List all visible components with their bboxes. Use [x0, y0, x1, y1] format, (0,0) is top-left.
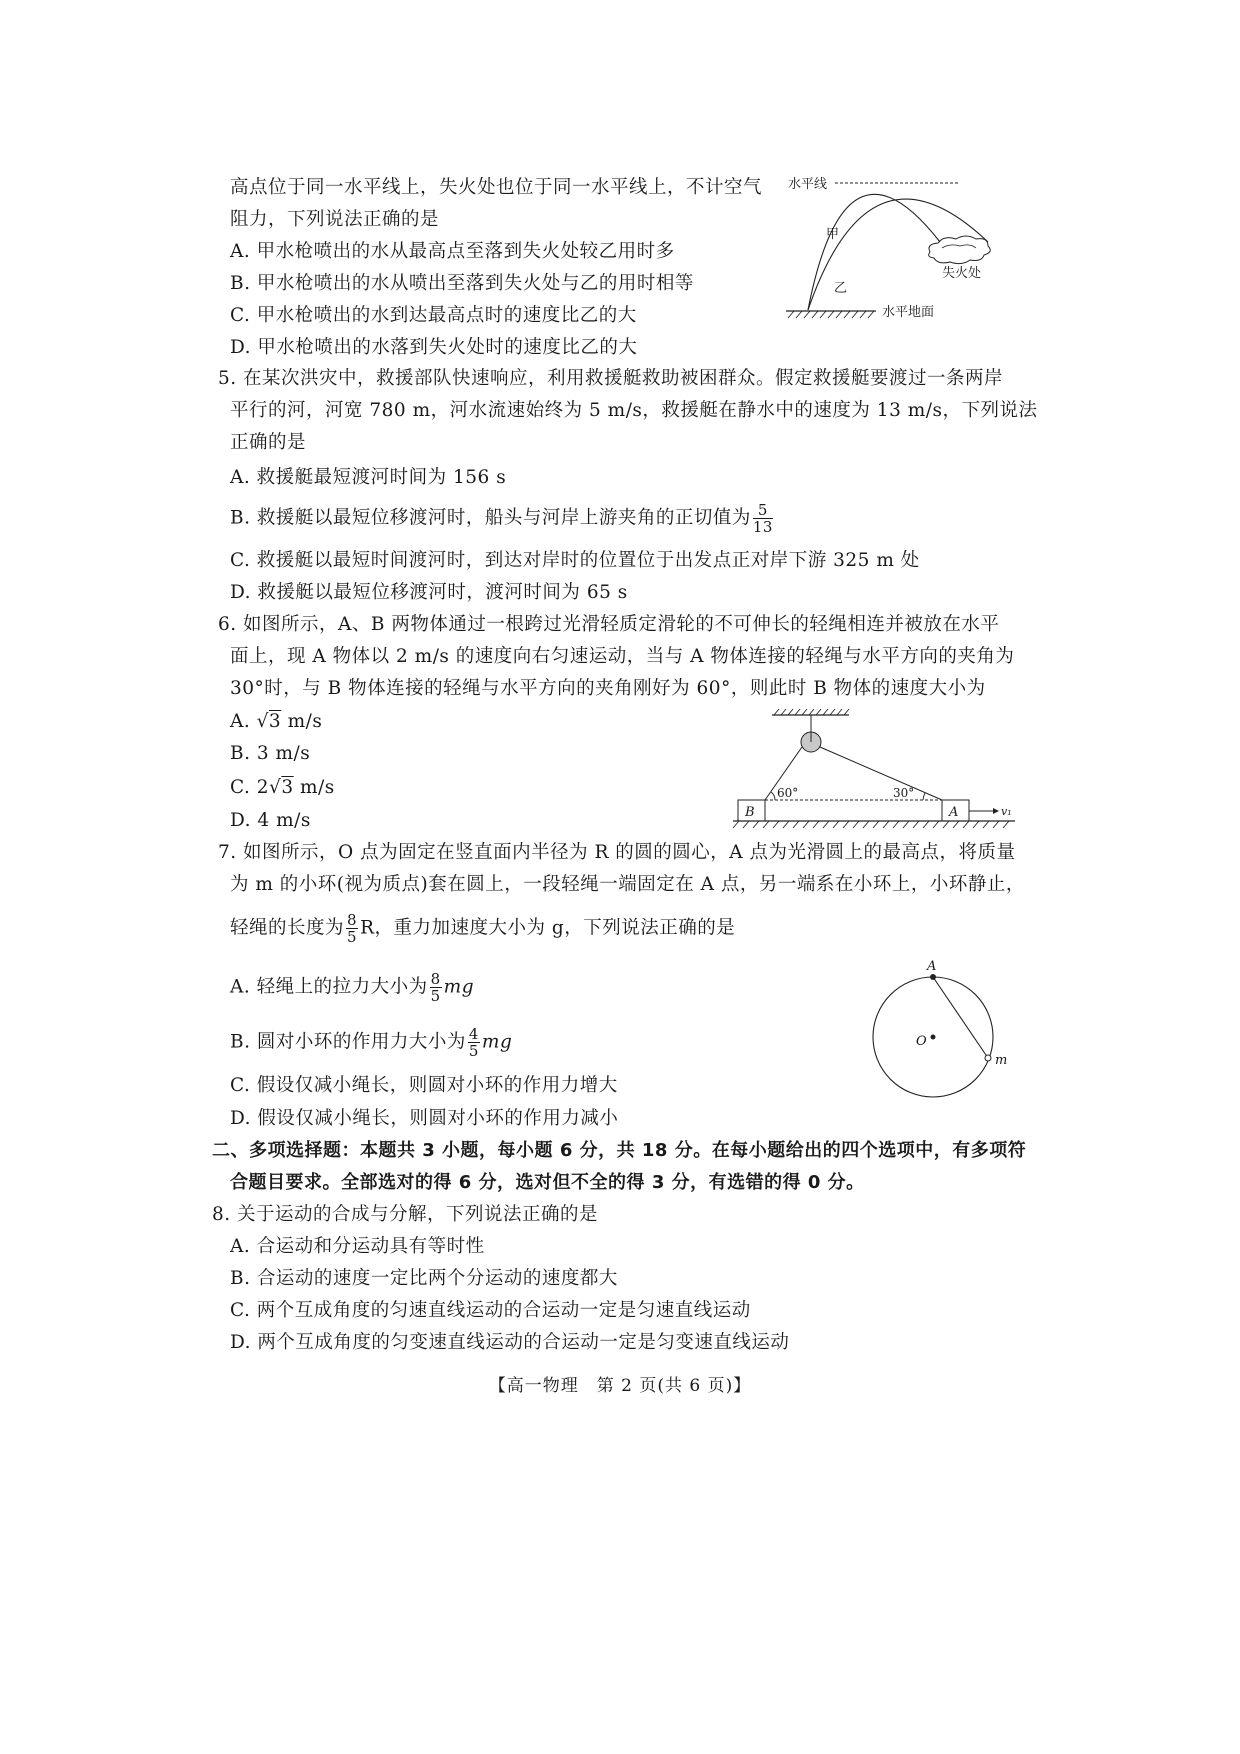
q5-stem-line1: 5. 在某次洪灾中，救援部队快速响应，利用救援艇救助被困群众。假定救援艇要渡过一…	[218, 366, 1003, 392]
q7-option-c: C. 假设仅减小绳长，则圆对小环的作用力增大	[230, 1073, 618, 1099]
q8-option-a: A. 合运动和分运动具有等时性	[230, 1234, 485, 1260]
option-label: C. 2	[230, 777, 269, 798]
q4-option-c: C. 甲水枪喷出的水到达最高点时的速度比乙的大	[230, 303, 637, 329]
q4-stem-line2: 阻力，下列说法正确的是	[230, 207, 439, 233]
fraction-8-5: 85	[346, 912, 358, 945]
q6-option-b: B. 3 m/s	[230, 741, 310, 767]
q6-option-a: A. √3 m/s	[230, 709, 322, 735]
option-unit: mg	[444, 977, 474, 998]
point-a-label: A	[926, 959, 936, 974]
exam-page: 高点位于同一水平线上，失火处也位于同一水平线上，不计空气 阻力，下列说法正确的是…	[0, 0, 1240, 1754]
yi-label: 乙	[834, 281, 847, 296]
q7-circle-figure: A O m	[860, 940, 1020, 1110]
q5-stem-line3: 正确的是	[230, 430, 306, 456]
q7-stem-line1: 7. 如图所示，O 点为固定在竖直面内半径为 R 的圆的圆心，A 点为光滑圆上的…	[218, 840, 1016, 866]
q7-option-d: D. 假设仅减小绳长，则圆对小环的作用力减小	[230, 1106, 618, 1132]
point-o-icon	[931, 1035, 936, 1040]
jia-label: 甲	[826, 227, 839, 242]
block-b-label: B	[744, 805, 755, 820]
q6-stem-line1: 6. 如图所示，A、B 两物体通过一根跨过光滑轻质定滑轮的不可伸长的轻绳相连并被…	[218, 612, 999, 638]
stem-text: R，重力加速度大小为 g，下列说法正确的是	[360, 918, 735, 939]
numerator: 5	[753, 502, 773, 519]
fraction-4-5: 45	[468, 1026, 480, 1059]
q5-option-a: A. 救援艇最短渡河时间为 156 s	[230, 465, 506, 491]
q6-stem-line2: 面上，现 A 物体以 2 m/s 的速度向右匀速运动，当与 A 物体连接的轻绳与…	[230, 644, 1014, 670]
q8-option-b: B. 合运动的速度一定比两个分运动的速度都大	[230, 1266, 618, 1292]
point-m-label: m	[995, 1053, 1007, 1068]
q6-option-c: C. 2√3 m/s	[230, 775, 335, 801]
fire-label: 失火处	[942, 265, 981, 281]
denominator: 5	[430, 988, 442, 1004]
q5-stem-line2: 平行的河，河宽 780 m，河水流速始终为 5 m/s，救援艇在静水中的速度为 …	[230, 398, 1038, 424]
q4-water-jet-figure: 水平线 甲 乙 失火处 水平地面	[770, 170, 1010, 330]
option-unit: mg	[482, 1032, 512, 1053]
point-a-icon	[930, 974, 936, 980]
angle-60-label: 60°	[777, 786, 798, 800]
q5-option-b: B. 救援艇以最短位移渡河时，船头与河岸上游夹角的正切值为513	[230, 502, 775, 535]
unit: m/s	[294, 777, 335, 798]
denominator: 5	[346, 929, 358, 945]
q8-option-c: C. 两个互成角度的匀速直线运动的合运动一定是匀速直线运动	[230, 1298, 751, 1324]
denominator: 5	[468, 1043, 480, 1059]
block-a-label: A	[948, 805, 958, 820]
q4-option-d: D. 甲水枪喷出的水落到失火处时的速度比乙的大	[230, 335, 637, 361]
q6-stem-line3: 30°时，与 B 物体连接的轻绳与水平方向的夹角刚好为 60°，则此时 B 物体…	[230, 676, 986, 702]
option-text: A. 轻绳上的拉力大小为	[230, 977, 428, 998]
option-text: B. 圆对小环的作用力大小为	[230, 1032, 466, 1053]
q5-option-b-text: B. 救援艇以最短位移渡河时，船头与河岸上游夹角的正切值为	[230, 508, 751, 529]
q7-stem-line3: 轻绳的长度为85R，重力加速度大小为 g，下列说法正确的是	[230, 912, 735, 945]
q7-option-b: B. 圆对小环的作用力大小为45mg	[230, 1026, 512, 1059]
ground-label: 水平地面	[882, 304, 934, 320]
section2-header-line1: 二、多项选择题：本题共 3 小题，每小题 6 分，共 18 分。在每小题给出的四…	[212, 1138, 1026, 1164]
horizontal-line-label: 水平线	[788, 176, 827, 192]
denominator: 13	[753, 519, 773, 535]
page-footer: 【高一物理 第 2 页(共 6 页)】	[0, 1371, 1240, 1396]
q7-option-a: A. 轻绳上的拉力大小为85mg	[230, 971, 474, 1004]
q4-option-b: B. 甲水枪喷出的水从喷出至落到失火处与乙的用时相等	[230, 271, 694, 297]
unit: m/s	[281, 711, 322, 732]
q5-option-d: D. 救援艇以最短位移渡河时，渡河时间为 65 s	[230, 580, 628, 606]
point-o-label: O	[916, 1034, 927, 1049]
angle-30-label: 30°	[893, 786, 914, 800]
sqrt-radicand: 3	[269, 711, 281, 732]
numerator: 8	[346, 912, 358, 929]
numerator: 4	[468, 1026, 480, 1043]
q8-stem: 8. 关于运动的合成与分解，下列说法正确的是	[212, 1202, 598, 1228]
q8-option-d: D. 两个互成角度的匀变速直线运动的合运动一定是匀变速直线运动	[230, 1330, 789, 1356]
sqrt-radicand: 3	[281, 777, 293, 798]
q7-stem-line2: 为 m 的小环(视为质点)套在圆上，一段轻绳一端固定在 A 点，另一端系在小环上…	[230, 872, 1025, 898]
stem-text: 轻绳的长度为	[230, 918, 344, 939]
q6-option-d: D. 4 m/s	[230, 808, 311, 834]
velocity-arrow-icon	[993, 808, 999, 814]
section2-header-line2: 合题目要求。全部选对的得 6 分，选对但不全的得 3 分，有选错的得 0 分。	[230, 1170, 865, 1196]
q4-stem-line1: 高点位于同一水平线上，失火处也位于同一水平线上，不计空气	[230, 175, 762, 201]
fraction-8-5: 85	[430, 971, 442, 1004]
fraction-5-13: 513	[753, 502, 773, 535]
velocity-label: v₁	[1001, 805, 1012, 818]
q4-option-a: A. 甲水枪喷出的水从最高点至落到失火处较乙用时多	[230, 239, 675, 265]
q5-option-c: C. 救援艇以最短时间渡河时，到达对岸时的位置位于出发点正对岸下游 325 m …	[230, 548, 920, 574]
q6-pulley-figure: 60° 30° B A v₁	[725, 705, 1025, 830]
ring-m-icon	[985, 1055, 991, 1061]
numerator: 8	[430, 971, 442, 988]
option-label: A.	[230, 711, 257, 732]
